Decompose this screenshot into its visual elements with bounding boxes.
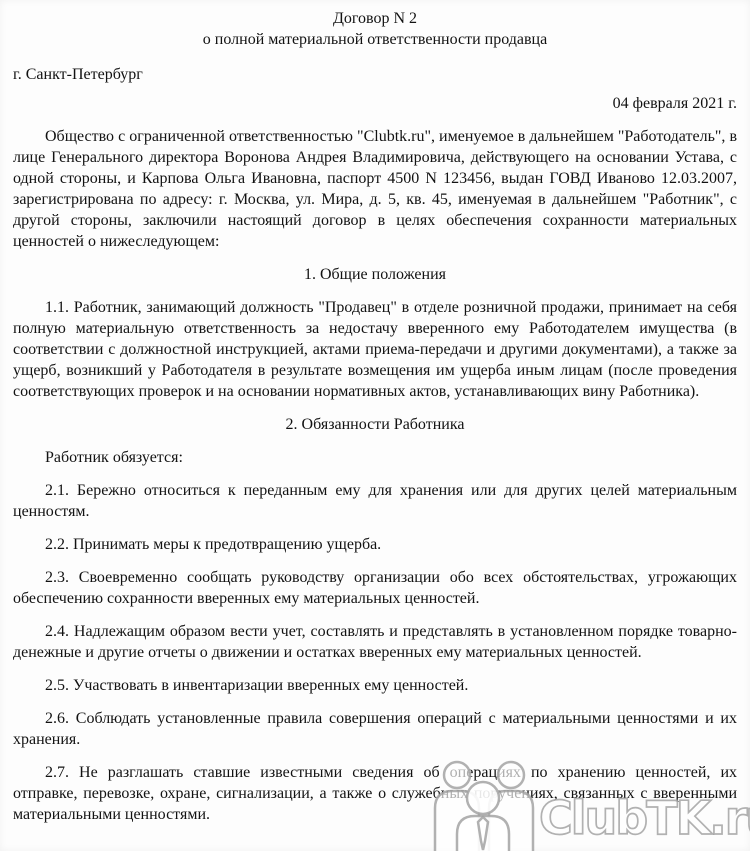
section-2-intro: Работник обязуется:	[13, 447, 737, 468]
city-row: г. Санкт-Петербург	[13, 64, 737, 85]
date-row: 04 февраля 2021 г.	[13, 93, 737, 114]
preamble-paragraph: Общество с ограниченной ответственностью…	[13, 126, 737, 252]
clause-2-2: 2.2. Принимать меры к предотвращению уще…	[13, 534, 737, 555]
document-city: г. Санкт-Петербург	[13, 66, 143, 83]
document-subtitle: о полной материальной ответственности пр…	[13, 29, 737, 50]
document-date: 04 февраля 2021 г.	[613, 95, 737, 112]
section-2-heading: 2. Обязанности Работника	[13, 414, 737, 435]
clause-2-7: 2.7. Не разглашать ставшие известными св…	[13, 762, 737, 825]
clause-2-6: 2.6. Соблюдать установленные правила сов…	[13, 708, 737, 750]
section-1-heading: 1. Общие положения	[13, 264, 737, 285]
clause-2-5: 2.5. Участвовать в инвентаризации вверен…	[13, 675, 737, 696]
document-header: Договор N 2 о полной материальной ответс…	[13, 8, 737, 50]
clause-2-1: 2.1. Бережно относиться к переданным ему…	[13, 480, 737, 522]
document-title: Договор N 2	[13, 8, 737, 29]
document-page: Договор N 2 о полной материальной ответс…	[0, 0, 750, 851]
clause-1-1: 1.1. Работник, занимающий должность "Про…	[13, 297, 737, 402]
clause-2-4: 2.4. Надлежащим образом вести учет, сост…	[13, 621, 737, 663]
clause-2-3: 2.3. Своевременно сообщать руководству о…	[13, 567, 737, 609]
